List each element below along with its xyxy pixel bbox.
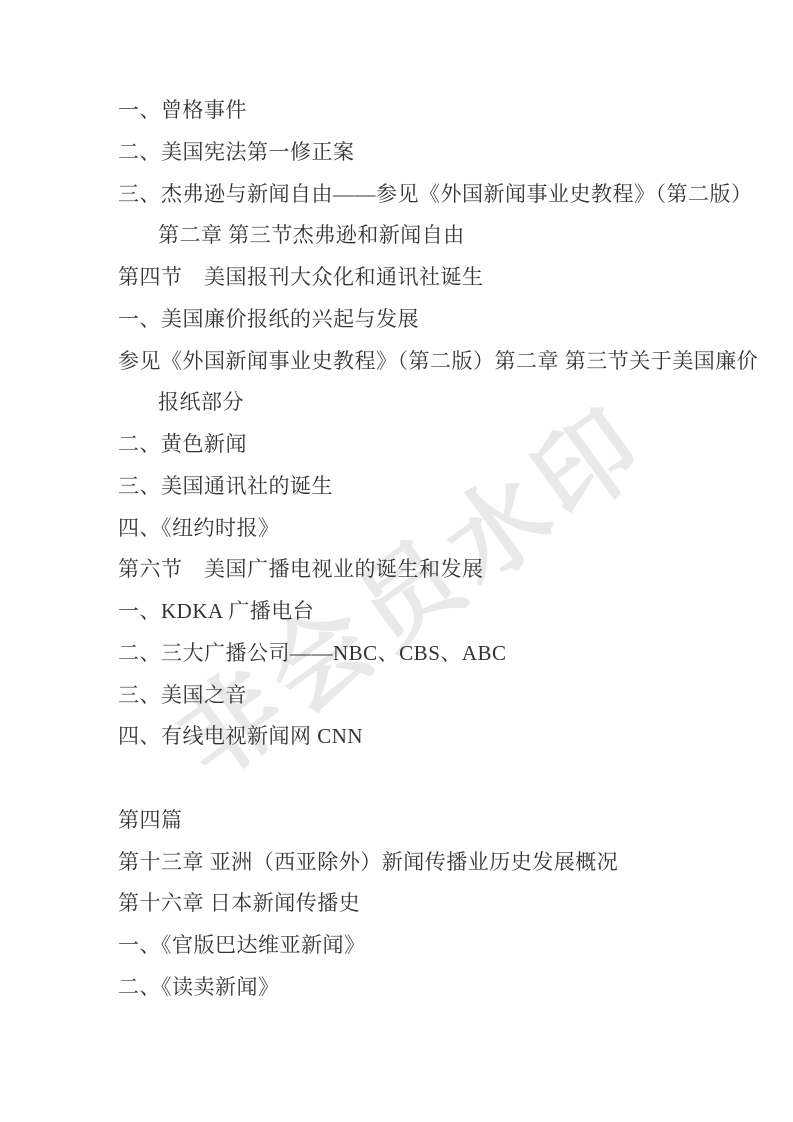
doc-line: 第六节 美国广播电视业的诞生和发展 — [118, 549, 733, 591]
doc-line: 一、曾格事件 — [118, 90, 733, 132]
document-page: 非会员水印 一、曾格事件 二、美国宪法第一修正案 三、杰弗逊与新闻自由——参见《… — [0, 0, 793, 1122]
doc-blank-line — [118, 758, 733, 800]
doc-line: 二、《读卖新闻》 — [118, 967, 733, 1009]
doc-line: 四、有线电视新闻网 CNN — [118, 716, 733, 758]
doc-line: 第十六章 日本新闻传播史 — [118, 883, 733, 925]
doc-line: 第四节 美国报刊大众化和通讯社诞生 — [118, 257, 733, 299]
doc-line: 参见《外国新闻事业史教程》（第二版）第二章 第三节关于美国廉价 — [118, 341, 733, 383]
doc-line: 三、杰弗逊与新闻自由——参见《外国新闻事业史教程》（第二版） — [118, 174, 733, 216]
doc-line: 四、《纽约时报》 — [118, 508, 733, 550]
doc-line: 第二章 第三节杰弗逊和新闻自由 — [118, 215, 733, 257]
doc-line: 二、美国宪法第一修正案 — [118, 132, 733, 174]
doc-line: 三、美国之音 — [118, 675, 733, 717]
doc-line: 报纸部分 — [118, 382, 733, 424]
doc-line: 第十三章 亚洲（西亚除外）新闻传播业历史发展概况 — [118, 842, 733, 884]
doc-line: 二、三大广播公司——NBC、CBS、ABC — [118, 633, 733, 675]
doc-line: 三、美国通讯社的诞生 — [118, 466, 733, 508]
doc-line: 一、美国廉价报纸的兴起与发展 — [118, 299, 733, 341]
doc-line: 二、黄色新闻 — [118, 424, 733, 466]
doc-line: 一、KDKA 广播电台 — [118, 591, 733, 633]
doc-line: 第四篇 — [118, 800, 733, 842]
document-body: 一、曾格事件 二、美国宪法第一修正案 三、杰弗逊与新闻自由——参见《外国新闻事业… — [118, 90, 733, 1009]
doc-line: 一、《官版巴达维亚新闻》 — [118, 925, 733, 967]
